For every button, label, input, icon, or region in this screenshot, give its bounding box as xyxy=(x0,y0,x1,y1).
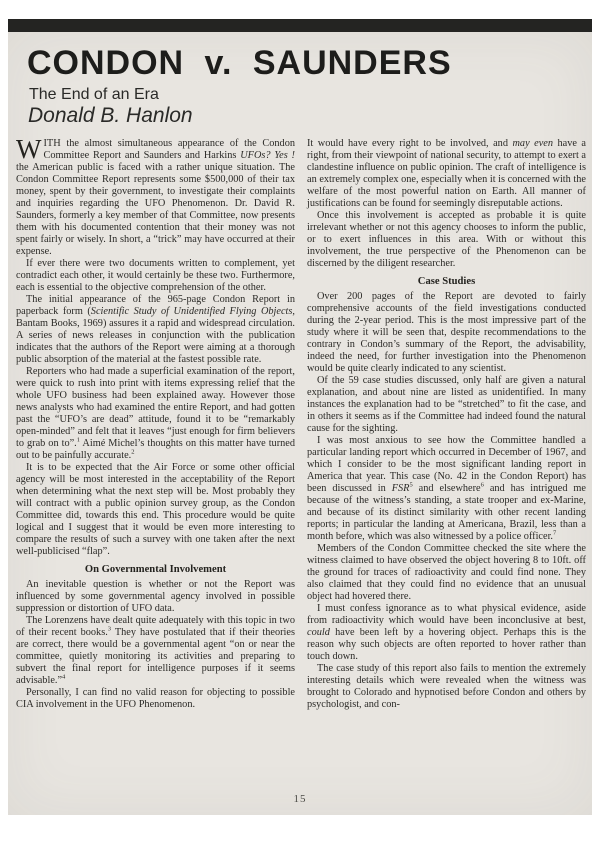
paragraph: If ever there were two documents written… xyxy=(16,258,295,294)
paragraph: Over 200 pages of the Report are devoted… xyxy=(307,291,586,375)
paragraph: The case study of this report also fails… xyxy=(307,663,586,711)
page-number: 15 xyxy=(0,793,600,805)
paragraph: It would have every right to be involved… xyxy=(307,138,586,210)
section-heading: On Governmental Involvement xyxy=(16,564,295,575)
column-right: It would have every right to be involved… xyxy=(307,138,586,711)
paragraph: Members of the Condon Committee checked … xyxy=(307,543,586,603)
paragraph: Personally, I can find no valid reason f… xyxy=(16,687,295,711)
top-rule xyxy=(8,19,592,32)
paragraph: WITH the almost simultaneous appearance … xyxy=(16,138,295,258)
article-author: Donald B. Hanlon xyxy=(28,104,193,128)
drop-cap: W xyxy=(16,138,43,160)
paragraph: Once this involvement is accepted as pro… xyxy=(307,210,586,270)
paragraph: Of the 59 case studies discussed, only h… xyxy=(307,375,586,435)
section-heading: Case Studies xyxy=(307,276,586,287)
paragraph: Reporters who had made a superficial exa… xyxy=(16,366,295,462)
paragraph: It is to be expected that the Air Force … xyxy=(16,462,295,558)
article-title: CONDON v. SAUNDERS xyxy=(27,44,452,83)
article-body: WITH the almost simultaneous appearance … xyxy=(16,138,586,711)
paragraph: I was most anxious to see how the Commit… xyxy=(307,435,586,543)
paragraph: The Lorenzens have dealt quite adequatel… xyxy=(16,615,295,687)
article-subtitle: The End of an Era xyxy=(29,86,159,104)
paragraph: An inevitable question is whether or not… xyxy=(16,579,295,615)
column-left: WITH the almost simultaneous appearance … xyxy=(16,138,295,711)
paragraph: The initial appearance of the 965-page C… xyxy=(16,294,295,366)
paragraph: I must confess ignorance as to what phys… xyxy=(307,603,586,663)
